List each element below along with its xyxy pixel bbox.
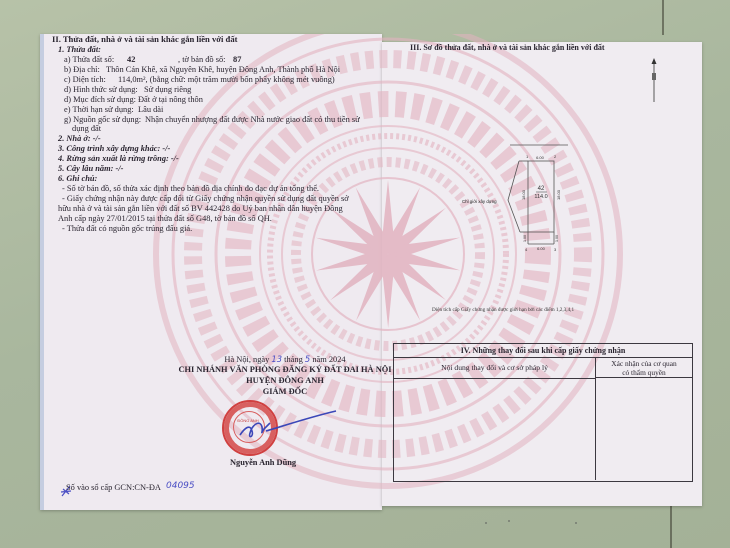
note-line: Anh cấp ngày 27/01/2015 tại thửa đất số … <box>58 214 272 225</box>
area-value: 114,0m², (bằng chữ: một trăm mười bốn ph… <box>118 75 335 86</box>
floor-speck <box>575 522 577 524</box>
note-line: hữu nhà ở và tài sản gắn liền với đất số… <box>58 204 343 215</box>
land-heading: 1. Thửa đất: <box>58 45 101 56</box>
changes-table: IV. Những thay đổi sau khi cấp giấy chứn… <box>393 343 693 482</box>
registry-number: 04095 <box>166 481 195 491</box>
parcel-label: a) Thửa đất số: <box>64 55 114 66</box>
origin-value-line1: Nhận chuyển nhượng đất được Nhà nước gia… <box>145 115 360 126</box>
office-name-line2: HUYỆN ĐÔNG ANH <box>170 376 400 385</box>
corner-label: 2 <box>554 154 557 159</box>
term-label: e) Thời hạn sử dụng: <box>64 105 134 116</box>
house-item: 2. Nhà ở: -/- <box>58 134 101 145</box>
registry-label: Số vào sổ cấp GCN:CN-ĐA <box>66 483 161 494</box>
plan-area: 114.0 <box>534 194 547 200</box>
floor-tile-seam <box>662 0 664 35</box>
plan-right-length: 18.00 <box>556 189 561 200</box>
floor-speck <box>508 520 510 522</box>
note-line: - Giấy chứng nhận này được cấp đổi từ Gi… <box>62 194 349 205</box>
forest-item: 4. Rừng sản xuất là rừng trồng: -/- <box>58 154 179 165</box>
section-2-title: II. Thửa đất, nhà ở và tài sản khác gắn … <box>52 34 237 45</box>
date-prefix: Hà Nội, ngày <box>224 355 269 364</box>
confirmation-header-line2: có thẩm quyền <box>596 368 692 377</box>
address-value: Thôn Cán Khê, xã Nguyên Khê, huyện Đông … <box>106 65 340 76</box>
month-label: tháng <box>284 355 303 364</box>
signer-title: GIÁM ĐỐC <box>170 387 400 396</box>
north-arrow-icon <box>651 58 657 102</box>
note-line: - Thửa đất có nguồn gốc trúng đấu giá. <box>62 224 192 235</box>
purpose-label: d) Mục đích sử dụng: <box>64 95 136 106</box>
signer-name: Nguyễn Anh Dũng <box>230 458 296 469</box>
issue-day: 13 <box>271 354 282 364</box>
map-sheet-number: 87 <box>233 55 241 66</box>
use-form-label: d) Hình thức sử dụng: <box>64 85 138 96</box>
changes-table-title: IV. Những thay đổi sau khi cấp giấy chứn… <box>394 344 692 358</box>
office-name-line1: CHI NHÁNH VĂN PHÒNG ĐĂNG KÝ ĐẤT ĐAI HÀ N… <box>170 365 400 374</box>
notes-heading: 6. Ghi chú: <box>58 174 97 185</box>
issue-month: 5 <box>305 354 310 364</box>
term-value: Lâu dài <box>138 105 163 116</box>
area-label: c) Diện tích: <box>64 75 106 86</box>
plan-parcel-number: 42 <box>538 186 545 192</box>
confirmation-header-line1: Xác nhận của cơ quan <box>596 359 692 368</box>
plan-caption: Diện tích cấp Giấy chứng nhận được giới … <box>432 305 574 316</box>
year-label: năm 2024 <box>312 355 345 364</box>
changes-confirmation-header: Xác nhận của cơ quan có thẩm quyền <box>596 358 692 378</box>
parcel-diagram: 42 114.0 6.00 6.00 18.00 18.00 1.00 1.00… <box>440 140 580 260</box>
left-page-edge <box>40 34 44 510</box>
plan-left-length: 18.00 <box>521 189 526 200</box>
use-form-value: Sử dụng riêng <box>144 85 191 96</box>
corner-label: 3 <box>554 247 557 252</box>
changes-content-column: Nội dung thay đổi và cơ sở pháp lý <box>394 358 596 480</box>
note-line: - Số tờ bản đồ, số thửa xác định theo bả… <box>62 184 319 195</box>
perennial-item: 5. Cây lâu năm: -/- <box>58 164 123 175</box>
parcel-number: 42 <box>127 55 135 66</box>
corner-label: 4 <box>525 247 528 252</box>
changes-content-header: Nội dung thay đổi và cơ sở pháp lý <box>394 358 595 379</box>
handwritten-signature-icon <box>230 405 340 445</box>
floor-speck <box>485 522 487 524</box>
plan-bottom-width: 6.00 <box>537 246 546 251</box>
plan-left-setback: 1.00 <box>523 235 527 242</box>
corner-label: 1 <box>526 154 529 159</box>
address-label: b) Địa chỉ: <box>64 65 100 76</box>
plan-right-setback: 1.00 <box>555 235 559 242</box>
origin-value-line2: dụng đất <box>72 124 101 135</box>
section-3-title: III. Sơ đồ thửa đất, nhà ở và tài sản kh… <box>410 43 605 54</box>
changes-confirmation-column: Xác nhận của cơ quan có thẩm quyền <box>596 358 692 480</box>
build-limit-label: Chỉ giới xây dựng <box>462 199 497 204</box>
issue-date: Hà Nội, ngày 13 tháng 5 năm 2024 <box>170 354 400 364</box>
other-construction-item: 3. Công trình xây dựng khác: -/- <box>58 144 170 155</box>
purpose-value: Đất ở tại nông thôn <box>138 95 203 106</box>
plan-top-width: 6.00 <box>536 155 545 160</box>
map-sheet-label: , tờ bản đồ số: <box>178 55 225 66</box>
